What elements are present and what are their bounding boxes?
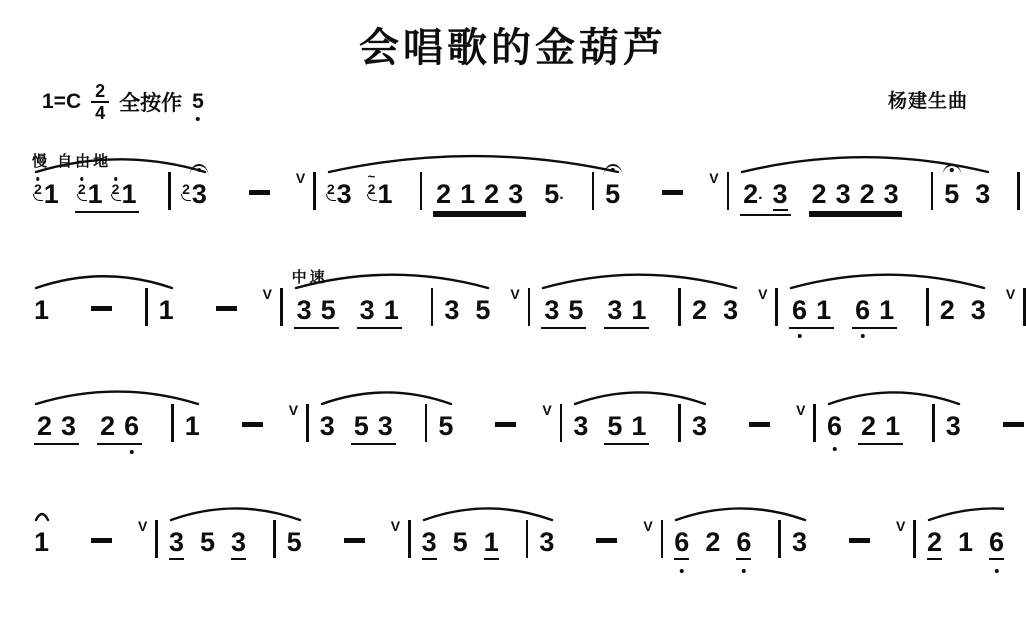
note-value-wrap: 5: [475, 297, 490, 324]
note: 1: [185, 413, 200, 440]
note: 3: [320, 413, 335, 440]
barline: [775, 288, 778, 326]
note: 1: [879, 297, 894, 324]
dash-rest: [249, 190, 270, 195]
barline: [661, 520, 664, 558]
note-value-wrap: 1: [631, 297, 646, 324]
note-value-wrap: 5: [354, 413, 369, 440]
note-value: 1: [460, 181, 475, 208]
dash-rest: [849, 538, 870, 543]
note: 1: [484, 529, 499, 560]
barline: [778, 520, 781, 558]
token-row: 1V3535V3513V6263V2161V: [34, 476, 1004, 560]
note-value: 1: [631, 297, 646, 324]
note-value-wrap: 2: [484, 181, 499, 208]
note-value: 2: [484, 181, 499, 208]
note-value-wrap: 3: [192, 181, 207, 208]
octave-dot: [680, 569, 685, 574]
note: 6: [855, 297, 870, 324]
barline: [313, 172, 316, 210]
system-3: 23261V3535V3513V6213V216: [34, 360, 1004, 476]
token-row: 11V中速353135V353123V616123V: [34, 244, 1004, 329]
breath-mark: V: [896, 518, 905, 534]
note: 1: [384, 297, 399, 324]
augmentation-dot: ·: [758, 190, 763, 207]
note-value: 5: [453, 529, 468, 556]
dash-rest: [1003, 422, 1024, 427]
note: 5: [944, 181, 959, 208]
note-value-wrap: 6: [736, 529, 751, 560]
note: 1: [460, 181, 475, 208]
note-value-wrap: 2: [860, 181, 875, 208]
note: 3: [692, 413, 707, 440]
note: 1: [631, 413, 646, 440]
note-value-wrap: 3: [946, 413, 961, 440]
barline: [528, 288, 531, 326]
note-value: 3: [946, 413, 961, 440]
note-value: 1: [377, 181, 392, 208]
note-value: 1: [34, 297, 49, 324]
barline: [560, 404, 563, 442]
note-group: 26: [97, 413, 142, 445]
dash-rest: [91, 538, 112, 543]
grace-note: 2: [34, 182, 42, 196]
barline: [306, 404, 309, 442]
note: 5: [607, 413, 622, 440]
note: 2~1: [368, 181, 393, 208]
note-value-wrap: 1: [384, 297, 399, 324]
note-value-wrap: 1: [484, 529, 499, 560]
dash-rest: [344, 538, 365, 543]
note-value-wrap: 1: [377, 181, 392, 208]
note: 5: [605, 181, 620, 208]
note-value-wrap: 3: [723, 297, 738, 324]
note-value: 6: [124, 413, 139, 440]
note-value: 5: [605, 181, 620, 208]
note-value: 2: [100, 413, 115, 440]
barline: [526, 520, 529, 558]
note-value: 3: [169, 529, 184, 560]
octave-dot: [36, 177, 40, 181]
note-value: 3: [692, 413, 707, 440]
system-1: 慢 自由地21212123V232~121235·5V2·32323535·65…: [34, 128, 1004, 244]
note-value: 2: [812, 181, 827, 208]
note-value: 3: [884, 181, 899, 208]
note: 3: [297, 297, 312, 324]
note-value: 1: [44, 181, 59, 208]
note-value-wrap: 5: [321, 297, 336, 324]
note: 3: [508, 181, 523, 208]
note: 1: [34, 297, 49, 324]
grace-note: 2: [182, 182, 190, 196]
barline: [280, 288, 283, 326]
note-value: 3: [231, 529, 246, 560]
breath-mark: V: [709, 170, 718, 186]
note-value: 3: [773, 181, 788, 211]
note-value-wrap: 1: [34, 297, 49, 324]
note: 2: [436, 181, 451, 208]
note-value: 3: [607, 297, 622, 324]
mordent-icon: ~: [368, 170, 376, 183]
note: 6: [736, 529, 751, 560]
tempo-label: 慢 自由地: [32, 150, 111, 171]
note-value: 1: [885, 413, 900, 440]
note-value: 3: [320, 413, 335, 440]
note-value-wrap: 3: [444, 297, 459, 324]
note-value: 1: [631, 413, 646, 440]
note-group: 31: [357, 297, 402, 329]
note-value-wrap: 3: [378, 413, 393, 440]
note-group: 2·3: [740, 181, 790, 216]
note: 3: [539, 529, 554, 556]
note: 2: [927, 529, 942, 560]
note-value: 1: [121, 181, 136, 208]
fermata-icon: [190, 164, 209, 176]
key-signature: 1=C: [42, 90, 81, 114]
note: 1: [885, 413, 900, 440]
note: 23: [327, 181, 352, 208]
note-value: 1: [185, 413, 200, 440]
barline: [171, 404, 174, 442]
note: 3: [723, 297, 738, 324]
barline: [931, 172, 934, 210]
note-value: 6: [827, 413, 842, 440]
note-value: 3: [192, 181, 207, 208]
note-value: 1: [159, 297, 174, 324]
note-group: 31: [604, 297, 649, 329]
barline: [273, 520, 276, 558]
octave-dot: [797, 334, 802, 339]
note-value-wrap: 2: [927, 529, 942, 560]
augmentation-dot: ·: [559, 190, 564, 207]
token-row: 23261V3535V3513V6213V216: [34, 360, 1004, 445]
breath-mark: V: [1006, 286, 1015, 302]
note: 3: [884, 181, 899, 208]
time-signature: 2 4: [91, 82, 109, 122]
note: 2: [861, 413, 876, 440]
note-value-wrap: 6: [124, 413, 139, 440]
note: 6: [674, 529, 689, 560]
note-value: 5: [354, 413, 369, 440]
note-value: 2: [860, 181, 875, 208]
note-value: 3: [508, 181, 523, 208]
note-group: 35: [541, 297, 586, 329]
note-value: 1: [34, 529, 49, 556]
note-value-wrap: 5: [287, 529, 302, 556]
note-value: 2: [940, 297, 955, 324]
barline: [145, 288, 148, 326]
note: 2: [37, 413, 52, 440]
barline: [1023, 288, 1026, 326]
note-value-wrap: 3: [539, 529, 554, 556]
note: 6: [989, 529, 1004, 560]
note-value: 5: [475, 297, 490, 324]
note-value-wrap: 6: [792, 297, 807, 324]
note: 2: [860, 181, 875, 208]
note-value: 3: [723, 297, 738, 324]
breath-mark: V: [796, 402, 805, 418]
note-value-wrap: 5: [944, 181, 959, 208]
dash-rest: [242, 422, 263, 427]
breath-mark: V: [296, 170, 305, 186]
note-value: 5: [607, 413, 622, 440]
note-group: 2123: [433, 181, 526, 213]
note: 5: [453, 529, 468, 556]
composer-credit: 杨建生曲: [888, 86, 968, 113]
note-value: 3: [297, 297, 312, 324]
note-value: 1: [384, 297, 399, 324]
system-2: 11V中速353135V353123V616123V: [34, 244, 1004, 360]
note-value: 3: [544, 297, 559, 324]
note-value: 3: [337, 181, 352, 208]
note-value-wrap: 3: [337, 181, 352, 208]
note-value-wrap: 3: [607, 297, 622, 324]
note: 6: [827, 413, 842, 440]
note-value-wrap: 5: [438, 413, 453, 440]
note: 23: [182, 181, 207, 208]
breath-mark: V: [542, 402, 551, 418]
barline: [420, 172, 423, 210]
note-value-wrap: 5: [607, 413, 622, 440]
fingering-note: 5: [192, 90, 204, 114]
note-value: 2: [436, 181, 451, 208]
time-signature-numerator: 2: [91, 82, 109, 103]
note-value-wrap: 2: [705, 529, 720, 556]
note-value-wrap: 1: [885, 413, 900, 440]
note-value: 5: [568, 297, 583, 324]
note-value: 3: [836, 181, 851, 208]
note-value: 2: [927, 529, 942, 560]
system-4: 1V3535V3513V6263V2161V: [34, 476, 1004, 592]
note-value: 2: [705, 529, 720, 556]
note: 3: [231, 529, 246, 560]
note-value-wrap: 5: [544, 181, 559, 208]
barline: [678, 404, 681, 442]
note-value: 6: [674, 529, 689, 560]
dash-rest: [596, 538, 617, 543]
note-group: 51: [604, 413, 649, 445]
note: 3: [975, 181, 990, 208]
note-value: 3: [792, 529, 807, 556]
fingering-label: 全按作: [119, 87, 182, 117]
note-value-wrap: 5: [200, 529, 215, 556]
octave-dot: [129, 450, 134, 455]
note-value: 3: [971, 297, 986, 324]
note: 5: [438, 413, 453, 440]
note: 1: [34, 529, 49, 556]
note-value-wrap: 2: [100, 413, 115, 440]
note: 5: [568, 297, 583, 324]
dash-rest: [495, 422, 516, 427]
note: 3: [378, 413, 393, 440]
note-value-wrap: 1: [879, 297, 894, 324]
note-value: 1: [816, 297, 831, 324]
sheet-music-page: 会唱歌的金葫芦 1=C 2 4 全按作 5 杨建生曲 慢 自由地21212123…: [0, 0, 1026, 626]
note-value: 5: [287, 529, 302, 556]
note-value-wrap: 1: [185, 413, 200, 440]
note: 5: [287, 529, 302, 556]
note: 3: [792, 529, 807, 556]
dash-rest: [749, 422, 770, 427]
note-value: 2: [743, 181, 758, 208]
note-group: 61: [789, 297, 834, 329]
note-value-wrap: 6: [674, 529, 689, 560]
note: 2: [812, 181, 827, 208]
barline: [1017, 172, 1020, 210]
grace-note: 2~: [368, 182, 376, 196]
key-signature-row: 1=C 2 4 全按作 5: [42, 82, 204, 122]
breath-mark: V: [643, 518, 652, 534]
time-signature-denominator: 4: [91, 103, 109, 122]
token-row: 慢 自由地21212123V232~121235·5V2·32323535·65…: [34, 128, 1004, 216]
note-value: 3: [539, 529, 554, 556]
note-value-wrap: 2: [37, 413, 52, 440]
note-value-wrap: 6: [827, 413, 842, 440]
barline: [592, 172, 595, 210]
note: 3: [544, 297, 559, 324]
note-value-wrap: 3: [773, 181, 788, 211]
note-value: 6: [736, 529, 751, 560]
note-value-wrap: 1: [88, 181, 103, 208]
note-value: 3: [444, 297, 459, 324]
note: 21: [34, 181, 59, 208]
note-group: 53: [351, 413, 396, 445]
note-group: 35: [294, 297, 339, 329]
note: 2: [692, 297, 707, 324]
note-value-wrap: 1: [44, 181, 59, 208]
note: 5: [200, 529, 215, 556]
octave-dot: [742, 569, 747, 574]
note-value-wrap: 2: [861, 413, 876, 440]
note: 3: [573, 413, 588, 440]
note-value-wrap: 3: [360, 297, 375, 324]
note: 6: [792, 297, 807, 324]
note-value-wrap: 1: [816, 297, 831, 324]
note-value-wrap: 3: [231, 529, 246, 560]
fermata-icon: [942, 164, 961, 176]
barline: [926, 288, 929, 326]
barline: [727, 172, 730, 210]
note-value: 5: [321, 297, 336, 324]
barline: [408, 520, 411, 558]
note: 2: [484, 181, 499, 208]
note-value-wrap: 2: [436, 181, 451, 208]
note-value-wrap: 3: [692, 413, 707, 440]
breath-mark: V: [391, 518, 400, 534]
note: 3: [422, 529, 437, 560]
barline: [913, 520, 916, 558]
fermata-icon: [603, 164, 622, 176]
note-value: 2: [861, 413, 876, 440]
note: 1: [631, 297, 646, 324]
note-value: 1: [88, 181, 103, 208]
note-value: 1: [879, 297, 894, 324]
note-value-wrap: 2: [692, 297, 707, 324]
note-value: 3: [975, 181, 990, 208]
note-value-wrap: 5: [605, 181, 620, 208]
note-value: 3: [378, 413, 393, 440]
note-value: 2: [37, 413, 52, 440]
note-value: 1: [958, 529, 973, 556]
grace-note: 2: [327, 182, 335, 196]
note-value: 3: [360, 297, 375, 324]
note-value: 5: [944, 181, 959, 208]
note: 3: [444, 297, 459, 324]
dash-rest: [216, 306, 237, 311]
breath-mark: V: [289, 402, 298, 418]
note-value: 5: [544, 181, 559, 208]
note-group: 61: [852, 297, 897, 329]
score: 慢 自由地21212123V232~121235·5V2·32323535·65…: [34, 128, 1004, 592]
note-value: 2: [692, 297, 707, 324]
note-value: 5: [438, 413, 453, 440]
note-value-wrap: 3: [975, 181, 990, 208]
octave-dot: [860, 334, 865, 339]
grace-note: 2: [112, 182, 120, 196]
grace-note: 2: [78, 182, 86, 196]
note: 21: [112, 181, 137, 208]
note-group: 2323: [809, 181, 902, 213]
note-value-wrap: 3: [573, 413, 588, 440]
note: 3: [946, 413, 961, 440]
note-value-wrap: 3: [544, 297, 559, 324]
note-value-wrap: 3: [297, 297, 312, 324]
note-value-wrap: 3: [422, 529, 437, 560]
octave-dot: [80, 177, 84, 181]
note: 3: [773, 181, 788, 211]
note-value: 5: [200, 529, 215, 556]
note-value-wrap: 1: [460, 181, 475, 208]
note-group: 23: [34, 413, 79, 445]
octave-dot: [832, 447, 837, 452]
note-value-wrap: 3: [884, 181, 899, 208]
note-value: 6: [989, 529, 1004, 560]
note-value-wrap: 3: [320, 413, 335, 440]
note: 5: [475, 297, 490, 324]
note: 3: [169, 529, 184, 560]
note: 5: [354, 413, 369, 440]
breath-mark: V: [138, 518, 147, 534]
octave-dot: [196, 117, 201, 122]
note: 3: [607, 297, 622, 324]
barline: [168, 172, 171, 210]
note: 1: [958, 529, 973, 556]
note-value-wrap: 3: [792, 529, 807, 556]
note: 21: [78, 181, 103, 208]
note-value-wrap: 1: [958, 529, 973, 556]
note: 3: [971, 297, 986, 324]
tempo-label: 中速: [292, 266, 328, 287]
barline: [431, 288, 434, 326]
note: 2: [100, 413, 115, 440]
note-value: 6: [792, 297, 807, 324]
note-group: 2121: [75, 181, 140, 213]
note-value-wrap: 1: [159, 297, 174, 324]
note: 2: [940, 297, 955, 324]
note-value-wrap: 2: [743, 181, 758, 208]
note: 5·: [544, 181, 564, 208]
note-value: 3: [422, 529, 437, 560]
note: 6: [124, 413, 139, 440]
barline: [932, 404, 935, 442]
note: 3: [61, 413, 76, 440]
note-value-wrap: 3: [169, 529, 184, 560]
barline: [678, 288, 681, 326]
note-value-wrap: 2: [940, 297, 955, 324]
note: 5: [321, 297, 336, 324]
note-group: 21: [858, 413, 903, 445]
note-value-wrap: 5: [453, 529, 468, 556]
